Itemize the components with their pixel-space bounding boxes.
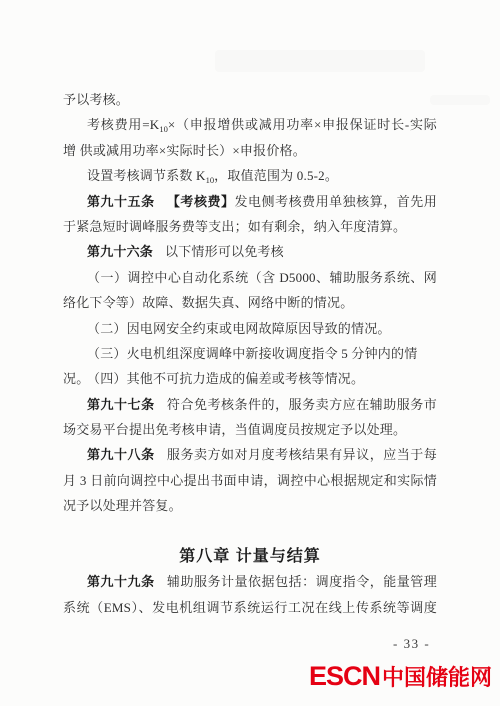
text-line: 设置考核调节系数 K10，取值范围为 0.5-2。 (63, 163, 437, 188)
text-line: 场交易平台提出免考核申请，当值调度员按规定予以处理。 (63, 417, 437, 442)
text-line: （一）调控中心自动化系统（含 D5000、辅助服务系统、网 (63, 265, 437, 290)
text-line: 月 3 日前向调控中心提出书面申请，调控中心根据规定和实际情 (63, 468, 437, 493)
text-line: 络化下令等）故障、数据失真、网络中断的情况。 (63, 290, 437, 315)
watermark-logo: ESCN中国储能网 (309, 661, 492, 692)
text-line: 第九十六条以下情形可以免考核 (63, 239, 437, 264)
text-line: 系统（EMS）、发电机组调节系统运行工况在线上传系统等调度 (63, 595, 437, 620)
text-line: 第九十五条【考核费】发电侧考核费用单独核算，首先用 (63, 189, 437, 214)
text-line: 增 供或减用功率×实际时长）×申报价格。 (63, 138, 437, 163)
blank-line (63, 519, 437, 544)
page-number: - 33 - (393, 636, 430, 652)
text-line: （二）因电网安全约束或电网故障原因导致的情况。 (63, 316, 437, 341)
watermark-chinese-text: 中国储能网 (382, 665, 492, 690)
text-line: 于紧急短时调峰服务费等支出；如有剩余，纳入年度清算。 (63, 214, 437, 239)
chapter-heading: 第八章 计量与结算 (63, 544, 437, 569)
scan-artifact (430, 95, 490, 105)
document-page: 予以考核。考核费用=K10×（申报增供或减用功率×申报保证时长-实际增 供或减用… (0, 0, 500, 706)
text-line: 第九十七条符合免考核条件的，服务卖方应在辅助服务市 (63, 392, 437, 417)
text-line: 考核费用=K10×（申报增供或减用功率×申报保证时长-实际 (63, 112, 437, 137)
subscript: 10 (159, 124, 168, 134)
text-line: （四）其他不可抗力造成的偏差或考核等情况。 (63, 366, 437, 391)
scan-artifact (215, 50, 425, 72)
subscript: 10 (206, 175, 215, 185)
watermark-escn-text: ESCN (309, 661, 380, 691)
text-line: 予以考核。 (63, 87, 437, 112)
text-line: 况予以处理并答复。 (63, 493, 437, 518)
text-line: （三）火电机组深度调峰中新接收调度指令 5 分钟内的情况。 (63, 341, 437, 366)
text-line: 第九十八条服务卖方如对月度考核结果有异议，应当于每 (63, 442, 437, 467)
document-body: 予以考核。考核费用=K10×（申报增供或减用功率×申报保证时长-实际增 供或减用… (63, 87, 437, 620)
text-line: 第九十九条辅助服务计量依据包括：调度指令，能量管理 (63, 569, 437, 594)
